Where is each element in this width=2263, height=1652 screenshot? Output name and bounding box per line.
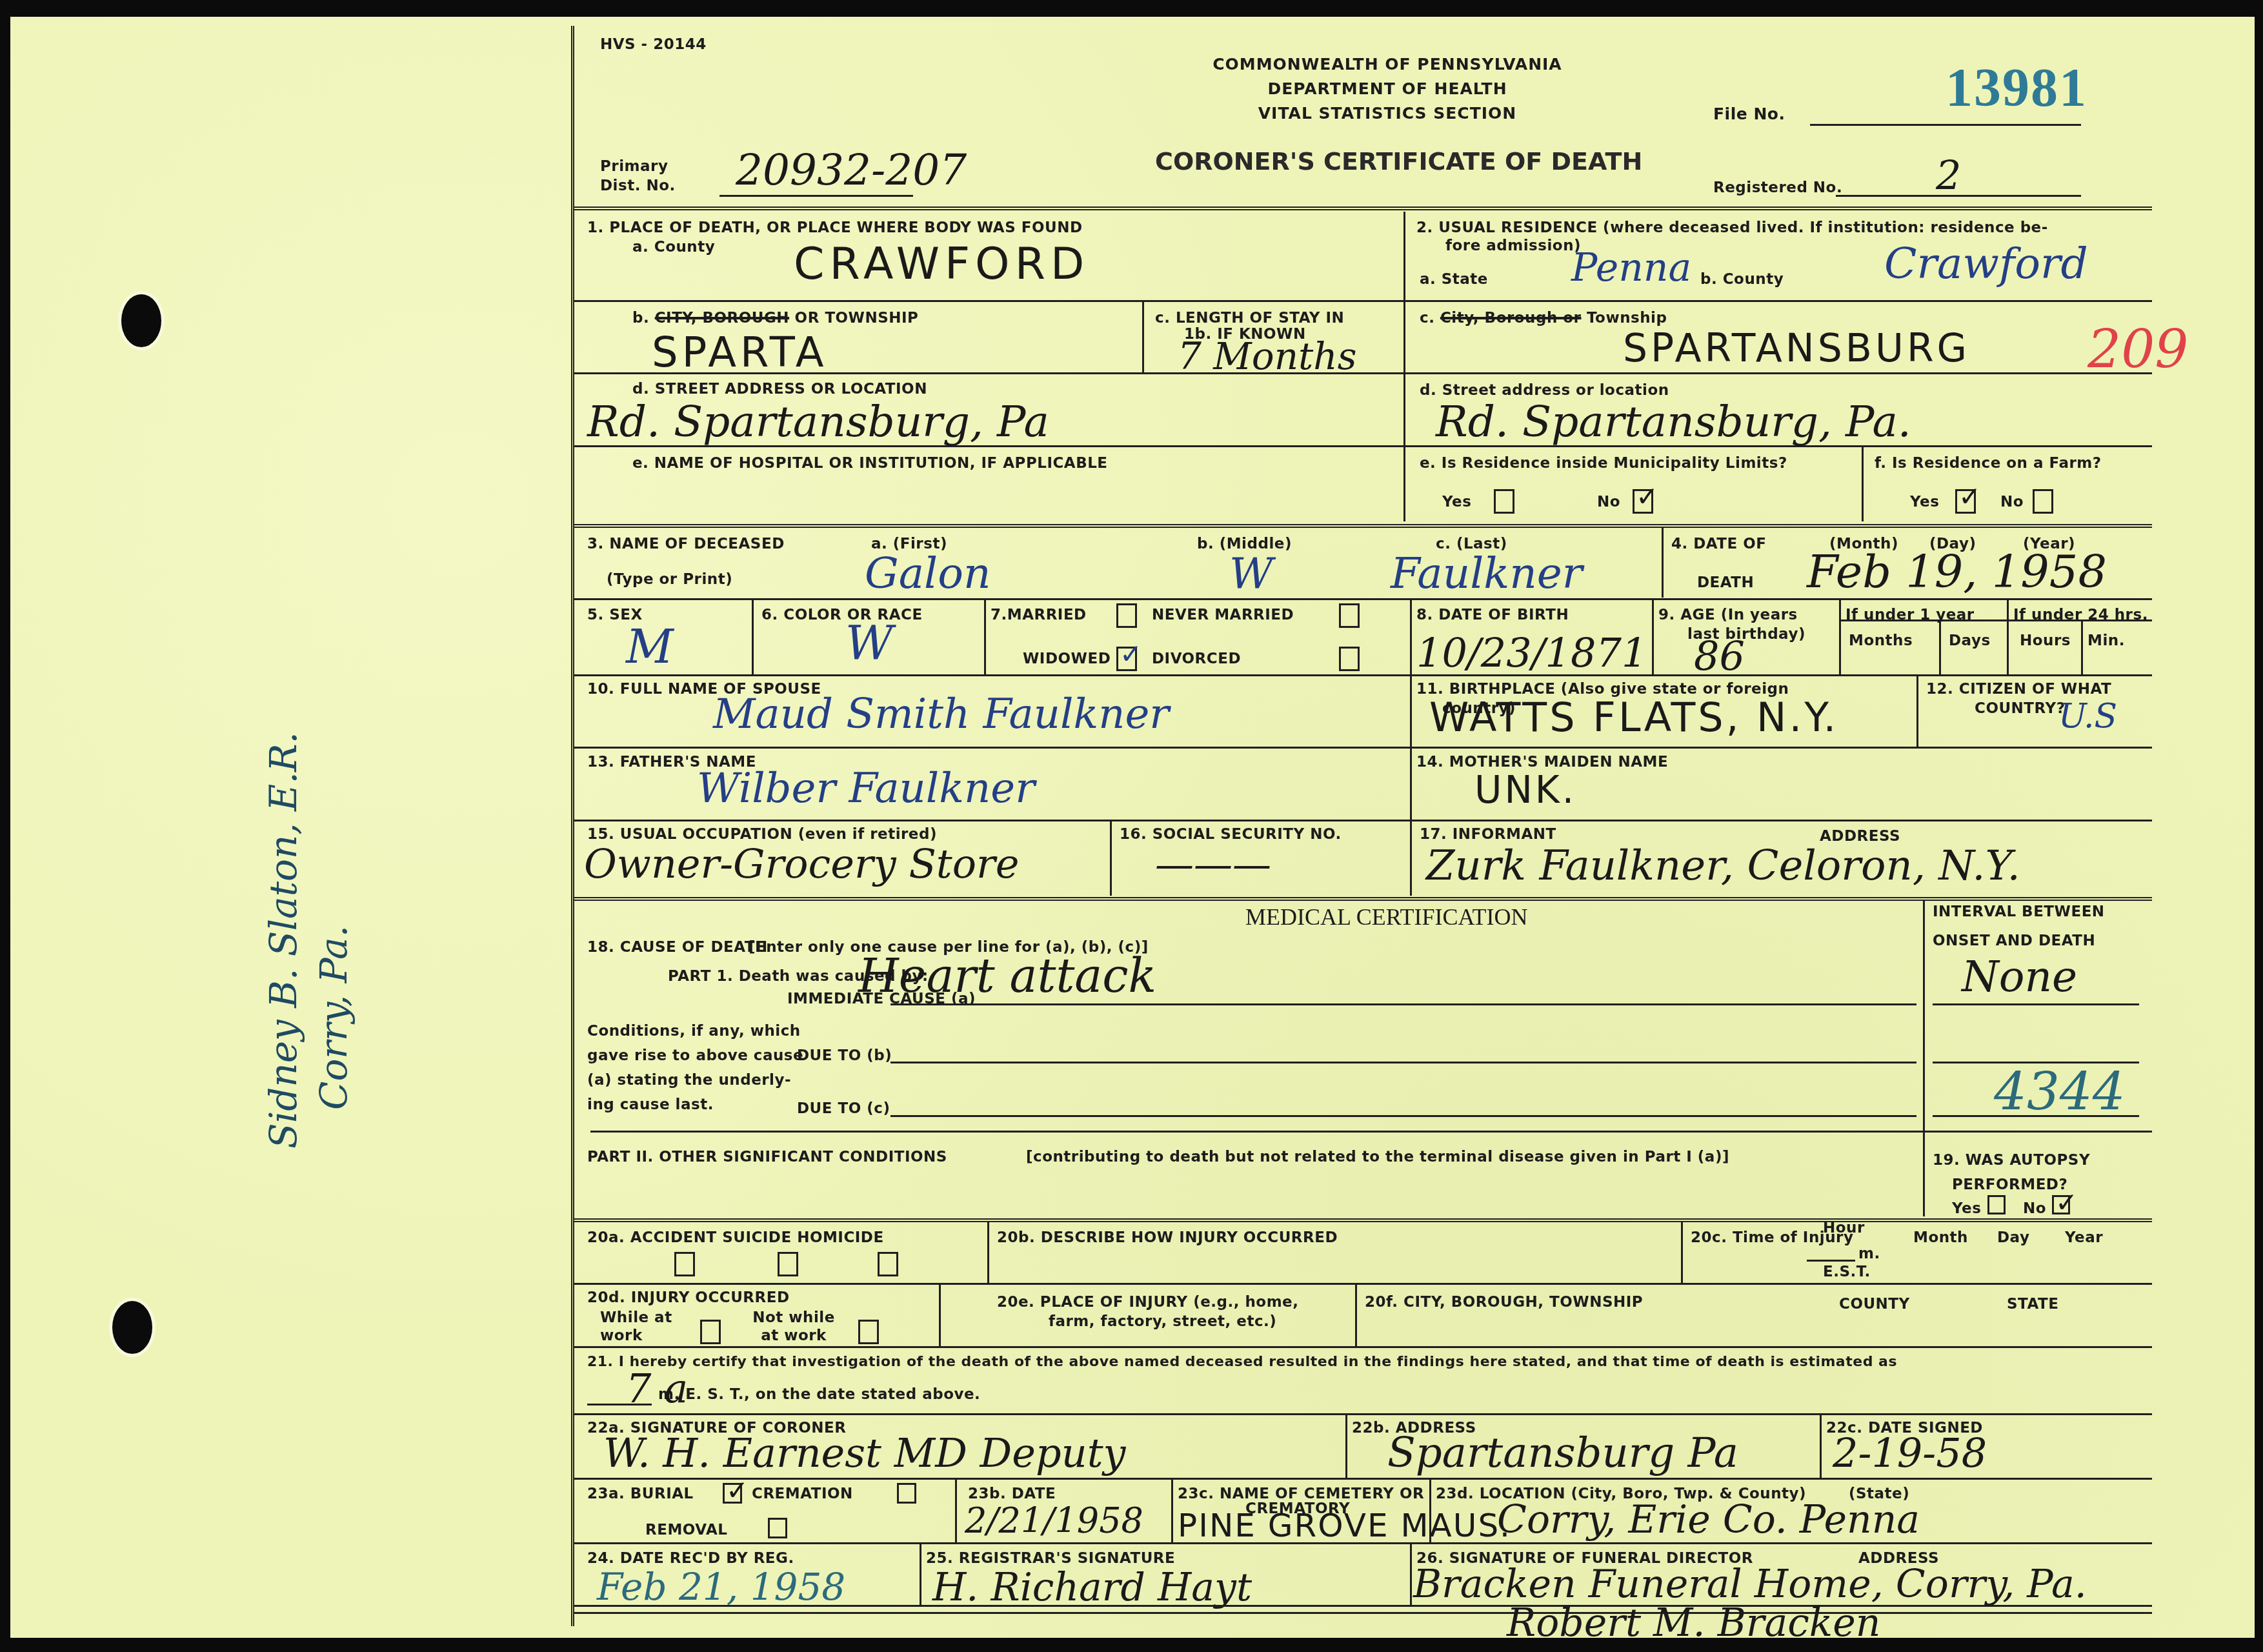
birthplace: WATTS FLATS, N.Y. [1429, 694, 1838, 741]
removal-checkbox[interactable] [768, 1518, 787, 1538]
autopsy-yes-checkbox[interactable] [1987, 1195, 2006, 1214]
part2-divider [590, 1131, 2152, 1133]
registered-no-line [1836, 195, 2081, 197]
injury-occurred-label: 20d. INJURY OCCURRED [587, 1289, 790, 1306]
burial-label: 23a. BURIAL [587, 1486, 694, 1502]
suicide-checkbox[interactable] [778, 1252, 798, 1276]
certification-text: 21. I hereby certify that investigation … [587, 1354, 1897, 1370]
row-line-certify [574, 1346, 2152, 1348]
registrar-signature: H. Richard Hayt [932, 1565, 1252, 1610]
age-label-1: 9. AGE (In years [1658, 607, 1798, 623]
never-married-label: NEVER MARRIED [1152, 607, 1294, 623]
informant-label: 17. INFORMANT [1420, 826, 1556, 843]
ssn-value: ——— [1155, 842, 1271, 887]
red-annotation: 209 [2087, 319, 2189, 381]
never-married-checkbox[interactable] [1339, 603, 1360, 628]
race-label: 6. COLOR OR RACE [761, 607, 923, 623]
type-or-print-label: (Type or Print) [607, 571, 732, 588]
usual-residence-label-2: fore admission) [1445, 237, 1581, 254]
while-at-work-label: While at work [600, 1309, 690, 1345]
divorced-checkbox[interactable] [1339, 647, 1360, 671]
estimated-time-line [587, 1404, 652, 1405]
not-while-at-work-checkbox[interactable] [858, 1320, 879, 1344]
place-of-injury-label-2: farm, factory, street, etc.) [1049, 1313, 1276, 1330]
dob-age-divider [1652, 598, 1654, 674]
birthplace-citizen-divider [1916, 674, 1918, 747]
date-of-death-label-1: 4. DATE OF [1671, 536, 1767, 552]
header-section: VITAL STATISTICS SECTION [1136, 104, 1639, 123]
occupation-ssn-divider [1110, 820, 1112, 896]
coroner-address: Spartansburg Pa [1387, 1429, 1738, 1477]
accident-checkbox[interactable] [674, 1252, 695, 1276]
primary-label: Primary [600, 158, 668, 175]
interval-label-2: ONSET AND DEATH [1933, 932, 2095, 949]
res-township-rest: Township [1587, 310, 1667, 327]
injury-type-label: 20a. ACCIDENT SUICIDE HOMICIDE [587, 1229, 884, 1246]
injury-day-label: Day [1997, 1229, 2029, 1246]
row-line-2 [574, 372, 2152, 374]
cemetery-name: PINE GROVE MAUS. [1178, 1507, 1511, 1544]
coroner-signature: W. H. Earnest MD Deputy [603, 1429, 1126, 1476]
inside-limits-label: e. Is Residence inside Municipality Limi… [1420, 455, 1787, 472]
days-hours-divider [2007, 598, 2009, 674]
on-farm-label: f. Is Residence on a Farm? [1875, 455, 2102, 472]
autopsy-label-1: 19. WAS AUTOPSY [1933, 1152, 2090, 1169]
on-farm-no-checkbox[interactable] [2033, 489, 2053, 514]
informant: Zurk Faulkner, Celoron, N.Y. [1426, 842, 2020, 890]
res-township-struck: City, Borough or [1440, 310, 1582, 327]
marital-dob-divider [1410, 598, 1412, 674]
race-marital-divider [984, 598, 986, 674]
last-name: Faulkner [1391, 549, 1582, 598]
injury-city-label: 20f. CITY, BOROUGH, TOWNSHIP [1365, 1294, 1643, 1311]
father-mother-divider [1410, 747, 1412, 820]
injury-type-divider [987, 1221, 989, 1283]
not-while-at-work-label: Not while at work [745, 1309, 842, 1345]
header-commonwealth: COMMONWEALTH OF PENNSYLVANIA [1136, 55, 1639, 74]
age-months-divider [1839, 598, 1841, 674]
divorced-label: DIVORCED [1152, 650, 1241, 667]
homicide-checkbox[interactable] [878, 1252, 898, 1276]
hour-label: Hour [1823, 1220, 1865, 1236]
married-label: 7.MARRIED [991, 607, 1087, 623]
punch-hole-top [121, 294, 161, 347]
res-county-label: b. County [1700, 271, 1784, 288]
describe-injury-label: 20b. DESCRIBE HOW INJURY OCCURRED [997, 1229, 1338, 1246]
hours-min-divider [2081, 619, 2083, 674]
dist-no-label: Dist. No. [600, 177, 676, 194]
date-received: Feb 21, 1958 [597, 1565, 845, 1609]
primary-dist-no: 20932-207 [736, 145, 967, 195]
under-24-hours-label: If under 24 hrs. [2013, 607, 2148, 623]
injury-county-label: COUNTY [1839, 1296, 1910, 1313]
header-divider [574, 206, 2152, 210]
township-label-rest: OR TOWNSHIP [795, 310, 919, 327]
sig-address-divider [1345, 1413, 1347, 1478]
place-city-divider [1355, 1283, 1357, 1346]
autopsy-no-checkbox[interactable] [2052, 1195, 2070, 1214]
citizenship: U.S [2058, 697, 2117, 736]
row-line-registration [574, 1542, 2152, 1544]
conditions-note-4: ing cause last. [587, 1096, 714, 1113]
usual-residence-label: 2. USUAL RESIDENCE (where deceased lived… [1416, 219, 2048, 236]
father-name: Wilber Faulkner [697, 765, 1035, 812]
first-name: Galon [865, 549, 991, 598]
autopsy-label-2: PERFORMED? [1952, 1176, 2067, 1193]
margin-note-line1: Sidney B. Slaton, E.R. [258, 732, 308, 1149]
township-label: b. CITY, BOROUGH OR TOWNSHIP [632, 310, 918, 327]
burial-checkbox[interactable] [723, 1483, 742, 1504]
est-label: E.S.T. [1823, 1264, 1871, 1280]
citizen-label-1: 12. CITIZEN OF WHAT [1926, 681, 2111, 698]
sex-value: M [626, 619, 674, 674]
estimated-time-suffix: m. E. S. T., on the date stated above. [658, 1386, 980, 1403]
row-line-1 [574, 300, 2152, 302]
address-date-divider [1820, 1413, 1822, 1478]
on-farm-yes-label: Yes [1910, 494, 1939, 510]
section-divider-injury [574, 1218, 2152, 1222]
burial-date-divider [955, 1478, 957, 1542]
interval-c-line [1933, 1115, 2139, 1117]
cause-a-line [890, 1003, 1916, 1005]
days-label: Days [1949, 632, 1991, 649]
injury-time-divider [1681, 1221, 1683, 1283]
deceased-name-label: 3. NAME OF DECEASED [587, 536, 785, 552]
sex-race-divider [752, 598, 754, 674]
age-value: 86 [1694, 632, 1745, 680]
funeral-director-signature: Robert M. Bracken [1507, 1600, 1880, 1646]
res-state: Penna [1571, 245, 1691, 290]
date-of-death-divider [1662, 527, 1664, 598]
row-line-7 [574, 747, 2152, 749]
cause-b-line [890, 1062, 1916, 1063]
conditions-note-2: gave rise to above cause [587, 1047, 803, 1064]
on-farm-yes-checkbox[interactable] [1955, 489, 1976, 514]
res-township: SPARTANSBURG [1623, 326, 1970, 371]
cremation-checkbox[interactable] [897, 1483, 916, 1504]
while-at-work-checkbox[interactable] [700, 1320, 721, 1344]
file-no-stamp: 13981 [1946, 57, 2087, 119]
farm-divider [1862, 445, 1864, 521]
occurred-place-divider [939, 1283, 941, 1346]
registered-no-label: Registered No. [1713, 179, 1842, 196]
burial-location: Corry, Erie Co. Penna [1497, 1497, 1920, 1542]
spouse-birthplace-divider [1410, 674, 1412, 747]
res-township-label: c. City, Borough or Township [1420, 310, 1667, 327]
date-of-death: Feb 19, 1958 [1807, 545, 2107, 598]
hour-line [1807, 1260, 1855, 1262]
immediate-cause: Heart attack [858, 949, 1156, 1003]
m-label: m. [1858, 1245, 1880, 1262]
cause-of-death-label: 18. CAUSE OF DEATH [587, 939, 768, 956]
res-state-label: a. State [1420, 271, 1488, 288]
file-no-line [1810, 124, 2081, 126]
autopsy-no-label: No [2023, 1200, 2046, 1217]
row-line-3 [574, 445, 2152, 447]
col-divider-1-2 [1403, 212, 1405, 521]
row-line-injury-2 [574, 1283, 2152, 1285]
registered-no: 2 [1936, 152, 1961, 199]
inside-limits-no-label: No [1597, 494, 1620, 510]
file-no-label: File No. [1713, 105, 1785, 123]
widowed-checkbox[interactable] [1116, 647, 1137, 671]
stay-divider [1142, 300, 1144, 372]
dist-no-line [719, 195, 913, 197]
township-label-struck: CITY, BOROUGH [655, 310, 789, 327]
interval-a-value: None [1962, 952, 2077, 1002]
date-signed: 2-19-58 [1833, 1429, 1987, 1476]
date-cemetery-divider [1171, 1478, 1173, 1542]
date-of-death-label-2: DEATH [1697, 574, 1754, 591]
stay-label-1: c. LENGTH OF STAY IN [1155, 310, 1344, 327]
autopsy-yes-label: Yes [1952, 1200, 1981, 1217]
inside-limits-no-checkbox[interactable] [1633, 489, 1653, 514]
conditions-note-1: Conditions, if any, which [587, 1023, 801, 1040]
res-county: Crawford [1884, 239, 2088, 288]
cremation-label: CREMATION [752, 1486, 853, 1502]
death-street: Rd. Spartansburg, Pa [587, 397, 1049, 447]
under-1-year-label: If under 1 year [1846, 607, 1975, 623]
row-line-burial [574, 1478, 2152, 1480]
death-township: SPARTA [652, 329, 828, 377]
date-registrar-divider [920, 1542, 921, 1607]
inside-limits-yes-label: Yes [1442, 494, 1471, 510]
death-county: CRAWFORD [794, 239, 1089, 290]
registrar-funeral-divider [1410, 1542, 1412, 1607]
injury-month-label: Month [1913, 1229, 1968, 1246]
row-line-8 [574, 820, 2152, 821]
margin-note-line2: Corry, Pa. [308, 732, 359, 1149]
punch-hole-bottom [112, 1301, 152, 1354]
interval-c-stamp: 4344 [1994, 1062, 2126, 1122]
removal-label: REMOVAL [645, 1522, 727, 1538]
res-street: Rd. Spartansburg, Pa. [1436, 397, 1911, 447]
res-township-prefix: c. [1420, 310, 1434, 327]
interval-divider [1923, 900, 1925, 1216]
section-divider-medical [574, 897, 2152, 901]
header-department: DEPARTMENT OF HEALTH [1136, 79, 1639, 98]
injury-state-label: STATE [2007, 1296, 2058, 1313]
row-line-6 [574, 674, 2152, 676]
bottom-line-2 [574, 1612, 2152, 1614]
dob-label: 8. DATE OF BIRTH [1416, 607, 1569, 623]
ssn-informant-divider [1410, 820, 1412, 896]
race-value: W [845, 616, 893, 670]
spouse-name: Maud Smith Faulkner [713, 690, 1169, 738]
death-certificate-form: HVS - 20144 COMMONWEALTH OF PENNSYLVANIA… [571, 26, 2152, 1626]
months-days-divider [1939, 619, 1941, 674]
place-of-death-label: 1. PLACE OF DEATH, OR PLACE WHERE BODY W… [587, 219, 1083, 236]
mother-maiden-name: UNK. [1474, 768, 1576, 812]
interval-a-line [1933, 1003, 2139, 1005]
citizen-label-2: COUNTRY? [1975, 700, 2066, 717]
certificate-title: CORONER'S CERTIFICATE OF DEATH [1155, 147, 1642, 176]
ssn-label: 16. SOCIAL SECURITY NO. [1120, 826, 1342, 843]
medical-certification-heading: MEDICAL CERTIFICATION [1245, 903, 1527, 931]
burial-date: 2/21/1958 [965, 1500, 1143, 1541]
place-of-injury-label-1: 20e. PLACE OF INJURY (e.g., home, [997, 1294, 1298, 1311]
conditions-note-3: (a) stating the underly- [587, 1072, 791, 1089]
row-line-signature [574, 1413, 2152, 1415]
middle-name: W [1229, 549, 1273, 598]
injury-year-label: Year [2065, 1229, 2103, 1246]
hours-label: Hours [2020, 632, 2071, 649]
county-label: a. County [632, 239, 715, 256]
due-to-c-label: DUE TO (c) [797, 1100, 890, 1117]
row-line-5 [574, 598, 2152, 600]
township-label-prefix: b. [632, 310, 649, 327]
inside-limits-yes-checkbox[interactable] [1494, 489, 1514, 514]
date-of-birth: 10/23/1871 [1416, 629, 1647, 676]
margin-handwritten-note: Sidney B. Slaton, E.R. Corry, Pa. [258, 732, 359, 1149]
form-code: HVS - 20144 [600, 36, 707, 53]
interval-label-1: INTERVAL BETWEEN [1933, 903, 2105, 920]
widowed-label: WIDOWED [1023, 650, 1111, 667]
married-checkbox[interactable] [1116, 603, 1137, 628]
length-of-stay: 7 Months [1178, 334, 1356, 378]
bottom-line-1 [574, 1605, 2152, 1607]
part2-label: PART II. OTHER SIGNIFICANT CONDITIONS [587, 1149, 947, 1165]
hospital-label: e. NAME OF HOSPITAL OR INSTITUTION, IF A… [632, 455, 1108, 472]
on-farm-no-label: No [2000, 494, 2024, 510]
months-label: Months [1849, 632, 1913, 649]
min-label: Min. [2087, 632, 2125, 649]
street-label: d. STREET ADDRESS OR LOCATION [632, 381, 927, 398]
due-to-b-label: DUE TO (b) [797, 1047, 892, 1064]
cause-c-line [890, 1115, 1916, 1117]
occupation: Owner-Grocery Store [584, 840, 1019, 887]
part2-instruction: [contributing to death but not related t… [1026, 1149, 1729, 1165]
section-divider-3 [574, 524, 2152, 528]
